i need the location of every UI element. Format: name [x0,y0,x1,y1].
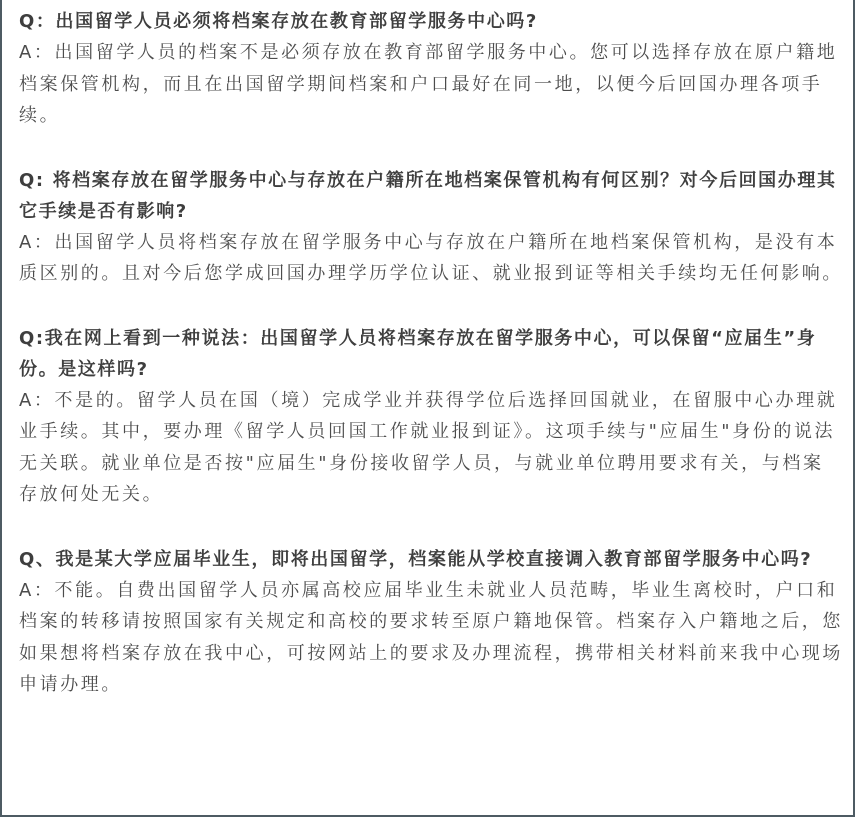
faq-answer: A：出国留学人员将档案存放在留学服务中心与存放在户籍所在地档案保管机构，是没有本… [19,227,843,290]
faq-item: Q、我是某大学应届毕业生，即将出国留学，档案能从学校直接调入教育部留学服务中心吗… [19,544,843,701]
faq-answer: A：出国留学人员的档案不是必须存放在教育部留学服务中心。您可以选择存放在原户籍地… [19,37,843,132]
faq-item: Q：出国留学人员必须将档案存放在教育部留学服务中心吗? A：出国留学人员的档案不… [19,6,843,132]
faq-answer: A：不是的。留学人员在国（境）完成学业并获得学位后选择回国就业，在留服中心办理就… [19,385,843,511]
faq-question: Q:我在网上看到一种说法：出国留学人员将档案存放在留学服务中心，可以保留“应届生… [19,323,843,385]
faq-answer: A：不能。自费出国留学人员亦属高校应届毕业生未就业人员范畴，毕业生离校时，户口和… [19,575,843,701]
faq-question: Q: 将档案存放在留学服务中心与存放在户籍所在地档案保管机构有何区别？对今后回国… [19,165,843,227]
faq-item: Q:我在网上看到一种说法：出国留学人员将档案存放在留学服务中心，可以保留“应届生… [19,323,843,511]
faq-list: Q：出国留学人员必须将档案存放在教育部留学服务中心吗? A：出国留学人员的档案不… [19,6,843,734]
faq-item: Q: 将档案存放在留学服务中心与存放在户籍所在地档案保管机构有何区别？对今后回国… [19,165,843,290]
faq-question: Q、我是某大学应届毕业生，即将出国留学，档案能从学校直接调入教育部留学服务中心吗… [19,544,843,575]
faq-panel: Q：出国留学人员必须将档案存放在教育部留学服务中心吗? A：出国留学人员的档案不… [0,0,855,817]
faq-question: Q：出国留学人员必须将档案存放在教育部留学服务中心吗? [19,6,843,37]
